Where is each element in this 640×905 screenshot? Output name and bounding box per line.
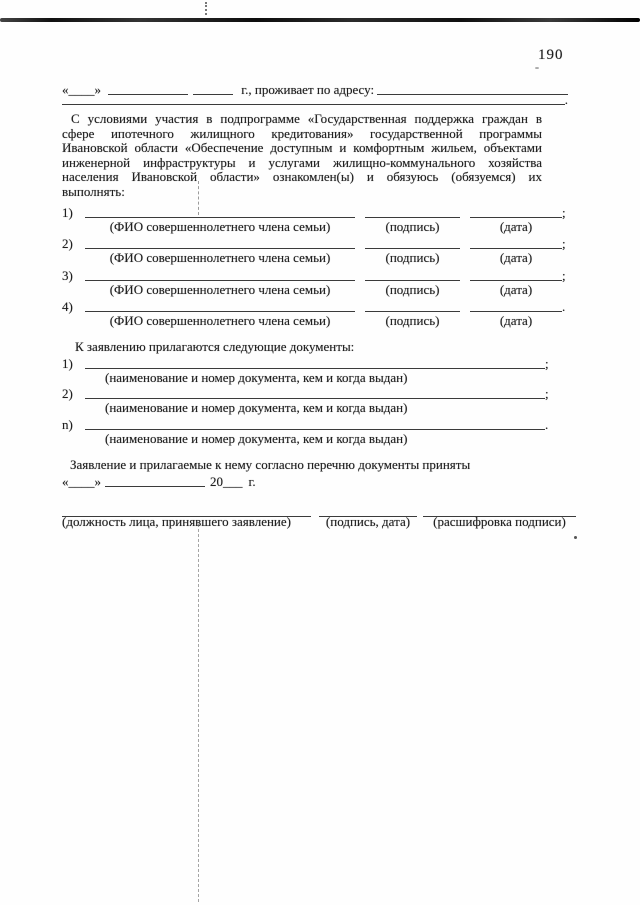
signature-caption: (подпись) <box>365 314 460 329</box>
name-caption: (ФИО совершеннолетнего члена семьи) <box>85 220 355 235</box>
item-number: 2) <box>62 236 85 251</box>
name-fill-line <box>85 268 355 281</box>
signature-caption: (подпись) <box>365 220 460 235</box>
scanned-document-page: 190 «____» г., проживает по адресу: . С … <box>0 0 640 905</box>
family-signature-row-2: 2) ; <box>62 234 568 251</box>
year-blank: 20___ <box>210 474 243 490</box>
document-row-1: 1) ; <box>62 354 568 371</box>
position-caption: (должность лица, принявшего заявление) <box>62 514 311 529</box>
family-signature-row-1: 1) ; <box>62 203 568 220</box>
item-terminator: ; <box>545 356 568 371</box>
signature-fill-line <box>365 236 460 249</box>
date-fill-line <box>470 299 562 312</box>
family-signature-captions: (ФИО совершеннолетнего члена семьи) (под… <box>62 283 568 298</box>
documents-list: 1) ; (наименование и номер документа, ке… <box>62 354 568 446</box>
signature-fill-line <box>365 299 460 312</box>
document-caption: (наименование и номер документа, кем и к… <box>62 432 568 446</box>
name-caption: (ФИО совершеннолетнего члена семьи) <box>85 283 355 298</box>
signature-caption: (подпись) <box>365 251 460 266</box>
item-number: n) <box>62 417 85 432</box>
family-signature-captions: (ФИО совершеннолетнего члена семьи) (под… <box>62 251 568 266</box>
month-fill-line <box>105 474 205 487</box>
name-fill-line <box>85 205 355 218</box>
name-fill-line <box>85 299 355 312</box>
document-row-2: 2) ; <box>62 384 568 401</box>
family-signature-row-4: 4) . <box>62 297 568 314</box>
document-caption: (наименование и номер документа, кем и к… <box>62 371 568 385</box>
acceptance-date-line: «____» 20___ г. <box>62 473 568 490</box>
signature-fill-line <box>365 205 460 218</box>
item-terminator: ; <box>545 386 568 401</box>
officer-signature-captions: (должность лица, принявшего заявление) (… <box>62 514 576 529</box>
family-signatures-list: 1) ; (ФИО совершеннолетнего члена семьи)… <box>62 203 568 329</box>
family-signature-row-3: 3) ; <box>62 266 568 283</box>
date-fill-line <box>470 268 562 281</box>
scan-speck <box>574 536 577 539</box>
fold-line-artifact <box>198 524 199 902</box>
signature-caption: (подпись) <box>365 283 460 298</box>
item-terminator: . <box>562 299 568 314</box>
program-conditions-paragraph: С условиями участия в подпрограмме «Госу… <box>62 112 542 200</box>
family-signature-captions: (ФИО совершеннолетнего члена семьи) (под… <box>62 314 568 329</box>
name-fill-line <box>85 236 355 249</box>
form-body: «____» г., проживает по адресу: . С усло… <box>62 0 568 529</box>
name-decipher-caption: (расшифровка подписи) <box>423 514 576 529</box>
date-fill-line <box>470 205 562 218</box>
document-fill-line <box>85 417 545 430</box>
date-caption: (дата) <box>470 283 562 298</box>
officer-signature-lines <box>62 504 576 512</box>
address-fill-line-2 <box>62 92 565 105</box>
document-fill-line <box>85 386 545 399</box>
date-caption: (дата) <box>470 220 562 235</box>
item-number: 1) <box>62 356 85 371</box>
acceptance-statement: Заявление и прилагаемые к нему согласно … <box>62 457 568 473</box>
document-row-n: n) . <box>62 415 568 432</box>
item-terminator: ; <box>562 268 568 283</box>
day-blank: «____» <box>62 474 101 490</box>
item-number: 4) <box>62 299 85 314</box>
year-suffix: г. <box>249 474 256 490</box>
item-terminator: ; <box>562 236 568 251</box>
family-signature-captions: (ФИО совершеннолетнего члена семьи) (под… <box>62 220 568 235</box>
date-caption: (дата) <box>470 314 562 329</box>
name-caption: (ФИО совершеннолетнего члена семьи) <box>85 314 355 329</box>
item-number: 3) <box>62 268 85 283</box>
item-terminator: . <box>545 417 568 432</box>
signature-date-caption: (подпись, дата) <box>319 514 417 529</box>
address-continuation-line: . <box>62 98 568 108</box>
name-caption: (ФИО совершеннолетнего члена семьи) <box>85 251 355 266</box>
item-number: 1) <box>62 205 85 220</box>
document-caption: (наименование и номер документа, кем и к… <box>62 401 568 415</box>
line-terminator: . <box>565 92 568 108</box>
item-terminator: ; <box>562 205 568 220</box>
signature-fill-line <box>365 268 460 281</box>
documents-heading: К заявлению прилагаются следующие докуме… <box>62 339 568 354</box>
date-caption: (дата) <box>470 251 562 266</box>
date-fill-line <box>470 236 562 249</box>
item-number: 2) <box>62 386 85 401</box>
document-fill-line <box>85 356 545 369</box>
